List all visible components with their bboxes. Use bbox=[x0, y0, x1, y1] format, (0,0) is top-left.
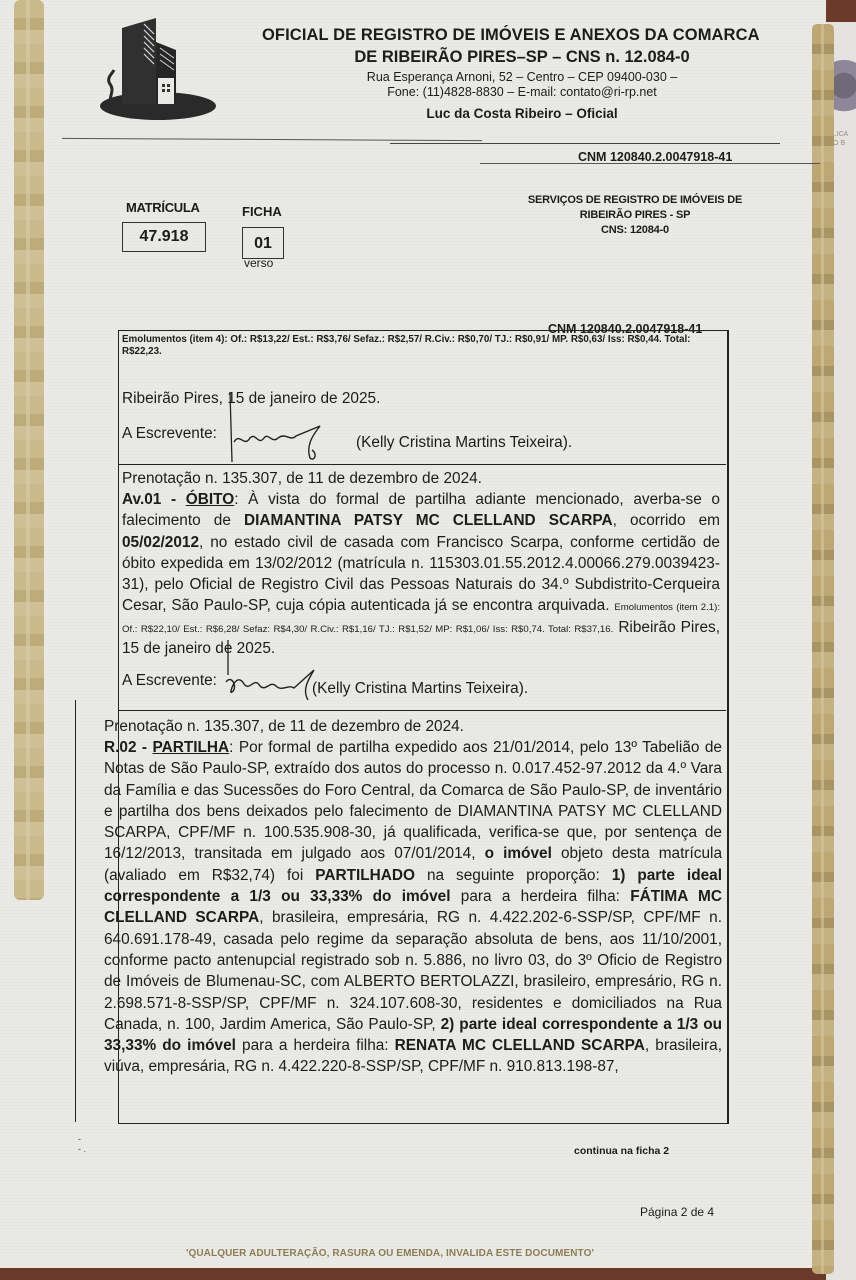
deceased-name: DIAMANTINA PATSY MC CLELLAND SCARPA bbox=[244, 512, 613, 529]
decorative-border-left bbox=[14, 0, 44, 900]
official-name: Luc da Costa Ribeiro – Oficial bbox=[262, 106, 782, 121]
ficha-side: verso bbox=[244, 256, 273, 270]
continues-note: continua na ficha 2 bbox=[574, 1145, 669, 1157]
divider bbox=[390, 143, 780, 144]
emolumentos-block1: Emolumentos (item 4): Of.: R$13,22/ Est.… bbox=[122, 334, 722, 358]
entry-heading: PARTILHA bbox=[152, 739, 229, 756]
divider bbox=[480, 163, 820, 164]
av01-text: Av.01 - ÓBITO: À vista do formal de part… bbox=[122, 489, 720, 659]
office-address: Rua Esperança Arnoni, 52 – Centro – CEP … bbox=[262, 70, 782, 100]
entry-code: Av.01 - bbox=[122, 491, 186, 508]
service-line: RIBEIRÃO PIRES - SP bbox=[510, 208, 760, 223]
address-line: Rua Esperança Arnoni, 52 – Centro – CEP … bbox=[262, 70, 782, 85]
page-number: Página 2 de 4 bbox=[640, 1205, 714, 1219]
divider bbox=[118, 464, 726, 465]
building-logo-icon bbox=[98, 18, 223, 123]
validity-warning: 'QUALQUER ADULTERAÇÃO, RASURA OU EMENDA,… bbox=[186, 1248, 594, 1259]
service-line: SERVIÇOS DE REGISTRO DE IMÓVEIS DE bbox=[510, 193, 760, 208]
signature-icon bbox=[226, 392, 326, 462]
service-block: SERVIÇOS DE REGISTRO DE IMÓVEIS DE RIBEI… bbox=[510, 193, 760, 238]
r02-text: R.02 - PARTILHA: Por formal de partilha … bbox=[104, 737, 722, 1078]
stray-marks: -- . bbox=[78, 1134, 86, 1154]
clerk-label: A Escrevente: bbox=[122, 670, 217, 691]
clerk-name: (Kelly Cristina Martins Teixeira). bbox=[356, 432, 572, 453]
clerk-label: A Escrevente: bbox=[122, 423, 217, 444]
cnm-code-header: CNM 120840.2.0047918-41 bbox=[578, 150, 732, 164]
entry-code: R.02 - bbox=[104, 739, 152, 756]
ficha-label: FICHA bbox=[242, 204, 282, 219]
office-subtitle: DE RIBEIRÃO PIRES–SP – CNS n. 12.084-0 bbox=[262, 48, 782, 67]
ficha-value: 01 bbox=[242, 227, 284, 259]
heir-name-2: RENATA MC CLELLAND SCARPA bbox=[395, 1037, 645, 1054]
entry-heading: ÓBITO bbox=[186, 491, 234, 508]
death-date: 05/02/2012 bbox=[122, 534, 199, 551]
prenotacao-av01: Prenotação n. 135.307, de 11 de dezembro… bbox=[122, 468, 482, 489]
clerk-name: (Kelly Cristina Martins Teixeira). bbox=[312, 678, 528, 699]
service-line: CNS: 12084-0 bbox=[510, 223, 760, 238]
signature-icon bbox=[222, 640, 322, 705]
contact-line: Fone: (11)4828-8830 – E-mail: contato@ri… bbox=[262, 85, 782, 100]
office-title: OFICIAL DE REGISTRO DE IMÓVEIS E ANEXOS … bbox=[262, 26, 822, 45]
matricula-value: 47.918 bbox=[122, 222, 206, 252]
decorative-border-right bbox=[812, 24, 834, 1274]
matricula-label: MATRÍCULA bbox=[126, 200, 200, 215]
divider bbox=[118, 710, 726, 711]
prenotacao-r02: Prenotação n. 135.307, de 11 de dezembro… bbox=[104, 716, 464, 737]
